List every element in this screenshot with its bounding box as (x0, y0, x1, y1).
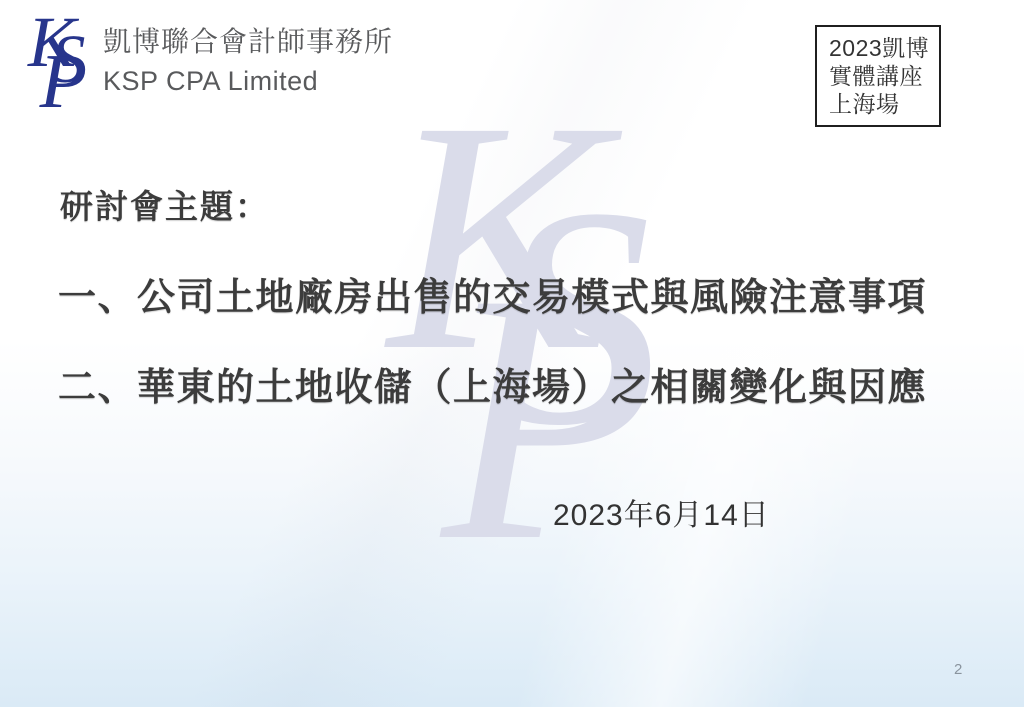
slide-canvas: K S P K S P 凱博聯合會計師事務所 KSP CPA Limited 2… (0, 0, 1024, 707)
event-badge-line-2: 實體講座 (829, 62, 939, 90)
logo-letter-p: P (40, 43, 88, 121)
event-badge: 2023凱博 實體講座 上海場 (815, 25, 941, 127)
topic-line-1: 一、公司土地廠房出售的交易模式與風險注意事項 (58, 266, 927, 321)
event-badge-line-1: 2023凱博 (829, 34, 939, 62)
seminar-date: 2023年6月14日 (553, 490, 770, 534)
company-name-en: KSP CPA Limited (103, 66, 393, 97)
company-name-zh: 凱博聯合會計師事務所 (103, 20, 393, 60)
company-header: 凱博聯合會計師事務所 KSP CPA Limited (103, 20, 393, 97)
seminar-title: 研討會主題： (60, 181, 270, 228)
topic-line-2: 二、華東的土地收儲（上海場）之相關變化與因應 (58, 356, 927, 411)
event-badge-line-3: 上海場 (829, 90, 939, 118)
